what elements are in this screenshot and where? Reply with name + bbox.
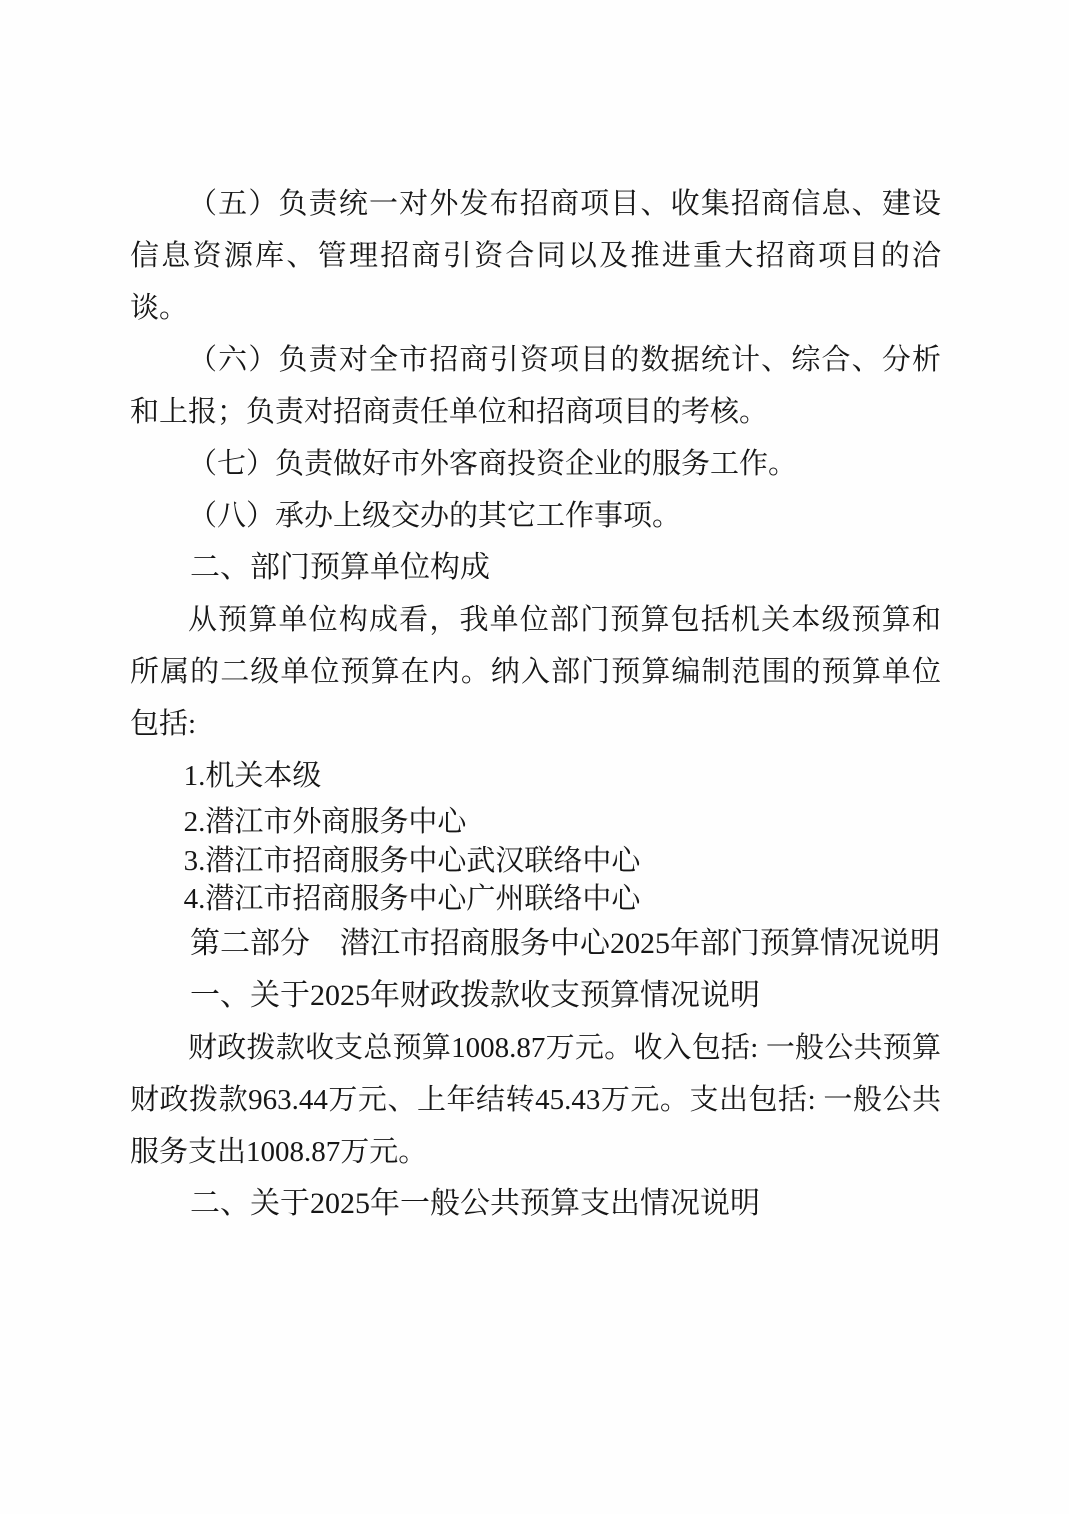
- list-item-unit-3: 3.潜江市招商服务中心武汉联络中心: [130, 842, 941, 880]
- paragraph-duty-six: （六）负责对全市招商引资项目的数据统计、综合、分析和上报；负责对招商责任单位和招…: [130, 334, 941, 438]
- heading-part-two: 第二部分 潜江市招商服务中心2025年部门预算情况说明: [130, 918, 941, 970]
- heading-fiscal-appropriation-budget: 一、关于2025年财政拨款收支预算情况说明: [130, 970, 941, 1022]
- document-page: （五）负责统一对外发布招商项目、收集招商信息、建设信息资源库、管理招商引资合同以…: [0, 0, 1069, 1514]
- paragraph-duty-eight: （八）承办上级交办的其它工作事项。: [130, 490, 941, 542]
- paragraph-duty-five: （五）负责统一对外发布招商项目、收集招商信息、建设信息资源库、管理招商引资合同以…: [130, 178, 941, 334]
- heading-general-public-budget-expenditure: 二、关于2025年一般公共预算支出情况说明: [130, 1178, 941, 1230]
- paragraph-duty-seven: （七）负责做好市外客商投资企业的服务工作。: [130, 438, 941, 490]
- list-item-unit-4: 4.潜江市招商服务中心广州联络中心: [130, 880, 941, 918]
- list-item-unit-1: 1.机关本级: [130, 750, 941, 802]
- document-content: （五）负责统一对外发布招商项目、收集招商信息、建设信息资源库、管理招商引资合同以…: [0, 0, 1069, 1230]
- heading-budget-unit-composition: 二、部门预算单位构成: [130, 542, 941, 594]
- list-item-unit-2: 2.潜江市外商服务中心: [130, 802, 941, 842]
- paragraph-budget-unit-intro: 从预算单位构成看，我单位部门预算包括机关本级预算和所属的二级单位预算在内。纳入部…: [130, 594, 941, 750]
- paragraph-fiscal-appropriation-body: 财政拨款收支总预算1008.87万元。收入包括: 一般公共预算财政拨款963.4…: [130, 1022, 941, 1178]
